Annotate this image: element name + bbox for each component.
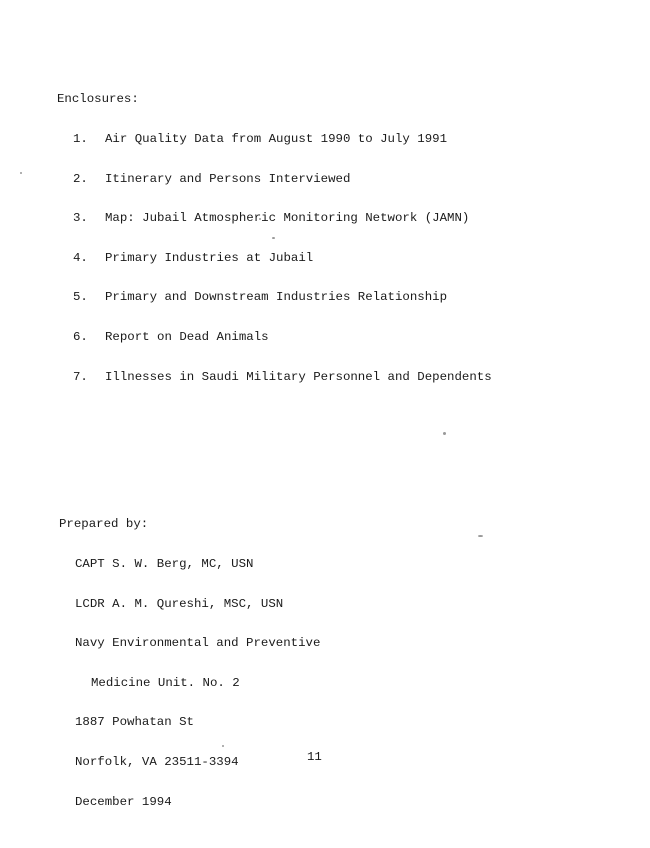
scan-speck xyxy=(478,535,483,537)
scan-speck xyxy=(20,172,22,174)
enclosure-number: 4. xyxy=(57,252,105,265)
scan-speck xyxy=(222,745,224,747)
enclosure-item: 3. Map: Jubail Atmospheric Monitoring Ne… xyxy=(57,212,492,225)
enclosure-number: 3. xyxy=(57,212,105,225)
address-line: Norfolk, VA 23511-3394 xyxy=(59,756,320,769)
enclosure-text: Map: Jubail Atmospheric Monitoring Netwo… xyxy=(105,212,469,225)
page-number: 11 xyxy=(307,750,322,764)
enclosure-text: Report on Dead Animals xyxy=(105,331,269,344)
enclosure-item: 7. Illnesses in Saudi Military Personnel… xyxy=(57,371,492,384)
organization-line: Navy Environmental and Preventive xyxy=(59,637,320,650)
date-line: December 1994 xyxy=(59,796,320,809)
enclosure-item: 2. Itinerary and Persons Interviewed xyxy=(57,173,492,186)
enclosure-number: 6. xyxy=(57,331,105,344)
enclosure-number: 7. xyxy=(57,371,105,384)
enclosure-item: 6. Report on Dead Animals xyxy=(57,331,492,344)
scan-speck xyxy=(272,237,275,239)
prepared-by-section: Prepared by: CAPT S. W. Berg, MC, USN LC… xyxy=(59,492,320,822)
address-line: 1887 Powhatan St xyxy=(59,716,320,729)
enclosure-number: 2. xyxy=(57,173,105,186)
enclosure-number: 1. xyxy=(57,133,105,146)
scan-speck xyxy=(443,432,446,435)
author-line: LCDR A. M. Qureshi, MSC, USN xyxy=(59,598,320,611)
enclosure-text: Primary Industries at Jubail xyxy=(105,252,313,265)
enclosure-item: 1. Air Quality Data from August 1990 to … xyxy=(57,133,492,146)
enclosure-item: 5. Primary and Downstream Industries Rel… xyxy=(57,291,492,304)
enclosures-section: Enclosures: 1. Air Quality Data from Aug… xyxy=(57,67,492,397)
enclosure-text: Illnesses in Saudi Military Personnel an… xyxy=(105,371,492,384)
enclosure-text: Itinerary and Persons Interviewed xyxy=(105,173,350,186)
organization-line: Medicine Unit. No. 2 xyxy=(59,677,320,690)
enclosure-text: Primary and Downstream Industries Relati… xyxy=(105,291,447,304)
enclosures-heading: Enclosures: xyxy=(57,93,492,106)
enclosure-item: 4. Primary Industries at Jubail xyxy=(57,252,492,265)
enclosure-number: 5. xyxy=(57,291,105,304)
scan-speck xyxy=(259,218,261,220)
enclosure-text: Air Quality Data from August 1990 to Jul… xyxy=(105,133,447,146)
prepared-by-heading: Prepared by: xyxy=(59,518,320,531)
author-line: CAPT S. W. Berg, MC, USN xyxy=(59,558,320,571)
